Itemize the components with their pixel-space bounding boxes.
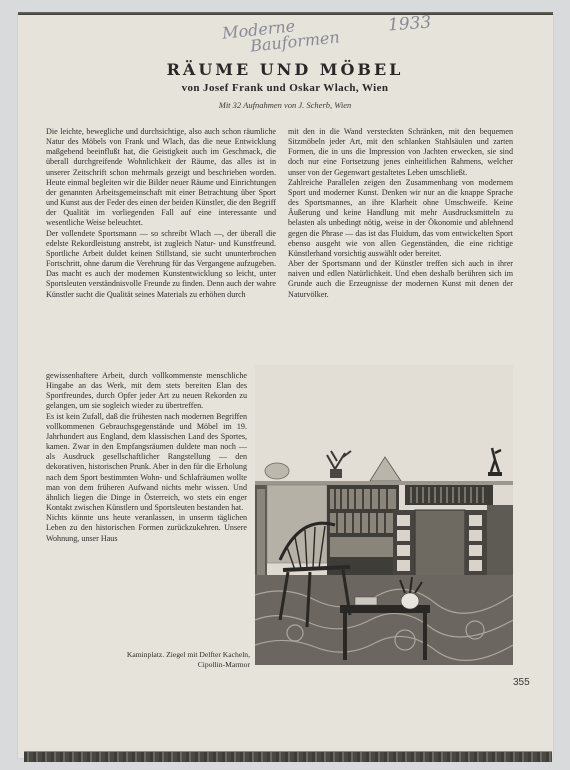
handwritten-year: 1933 bbox=[387, 13, 432, 36]
photo-credit: Mit 32 Aufnahmen von J. Scherb, Wien bbox=[0, 100, 570, 110]
left-column: Die leichte, bewegliche und durchsichtig… bbox=[46, 127, 276, 300]
page-number: 355 bbox=[513, 677, 530, 688]
paragraph: Nichts könnte uns heute veranlassen, in … bbox=[46, 513, 247, 543]
paragraph: mit den in die Wand versteckten Schränke… bbox=[288, 127, 513, 178]
paragraph: Zahlreiche Parallelen zeigen den Zusamme… bbox=[288, 178, 513, 259]
article-title: RÄUME UND MÖBEL bbox=[0, 60, 570, 79]
paragraph: Es ist kein Zufall, daß die frühesten na… bbox=[46, 412, 247, 514]
article-authors: von Josef Frank und Oskar Wlach, Wien bbox=[0, 82, 570, 94]
photo-caption: Kaminplatz. Ziegel mit Delfter Kacheln, … bbox=[78, 650, 250, 670]
caption-line: Kaminplatz. Ziegel mit Delfter Kacheln, bbox=[78, 650, 250, 660]
right-column: mit den in die Wand versteckten Schränke… bbox=[288, 127, 513, 300]
paragraph: Die leichte, bewegliche und durchsichtig… bbox=[46, 127, 276, 229]
paragraph: gewissenhaftere Arbeit, durch vollkommen… bbox=[46, 371, 247, 412]
caption-line: Cipollin-Marmor bbox=[78, 660, 250, 670]
interior-photo-image bbox=[255, 365, 513, 665]
paragraph: Der vollendete Sportsmann — so schreibt … bbox=[46, 229, 276, 300]
interior-photo bbox=[255, 365, 513, 665]
page-top-edge bbox=[18, 12, 553, 15]
paragraph: Aber der Sportsmann und der Künstler tre… bbox=[288, 259, 513, 300]
left-column-narrow: gewissenhaftere Arbeit, durch vollkommen… bbox=[46, 371, 247, 544]
page-bottom-edge bbox=[24, 751, 552, 762]
